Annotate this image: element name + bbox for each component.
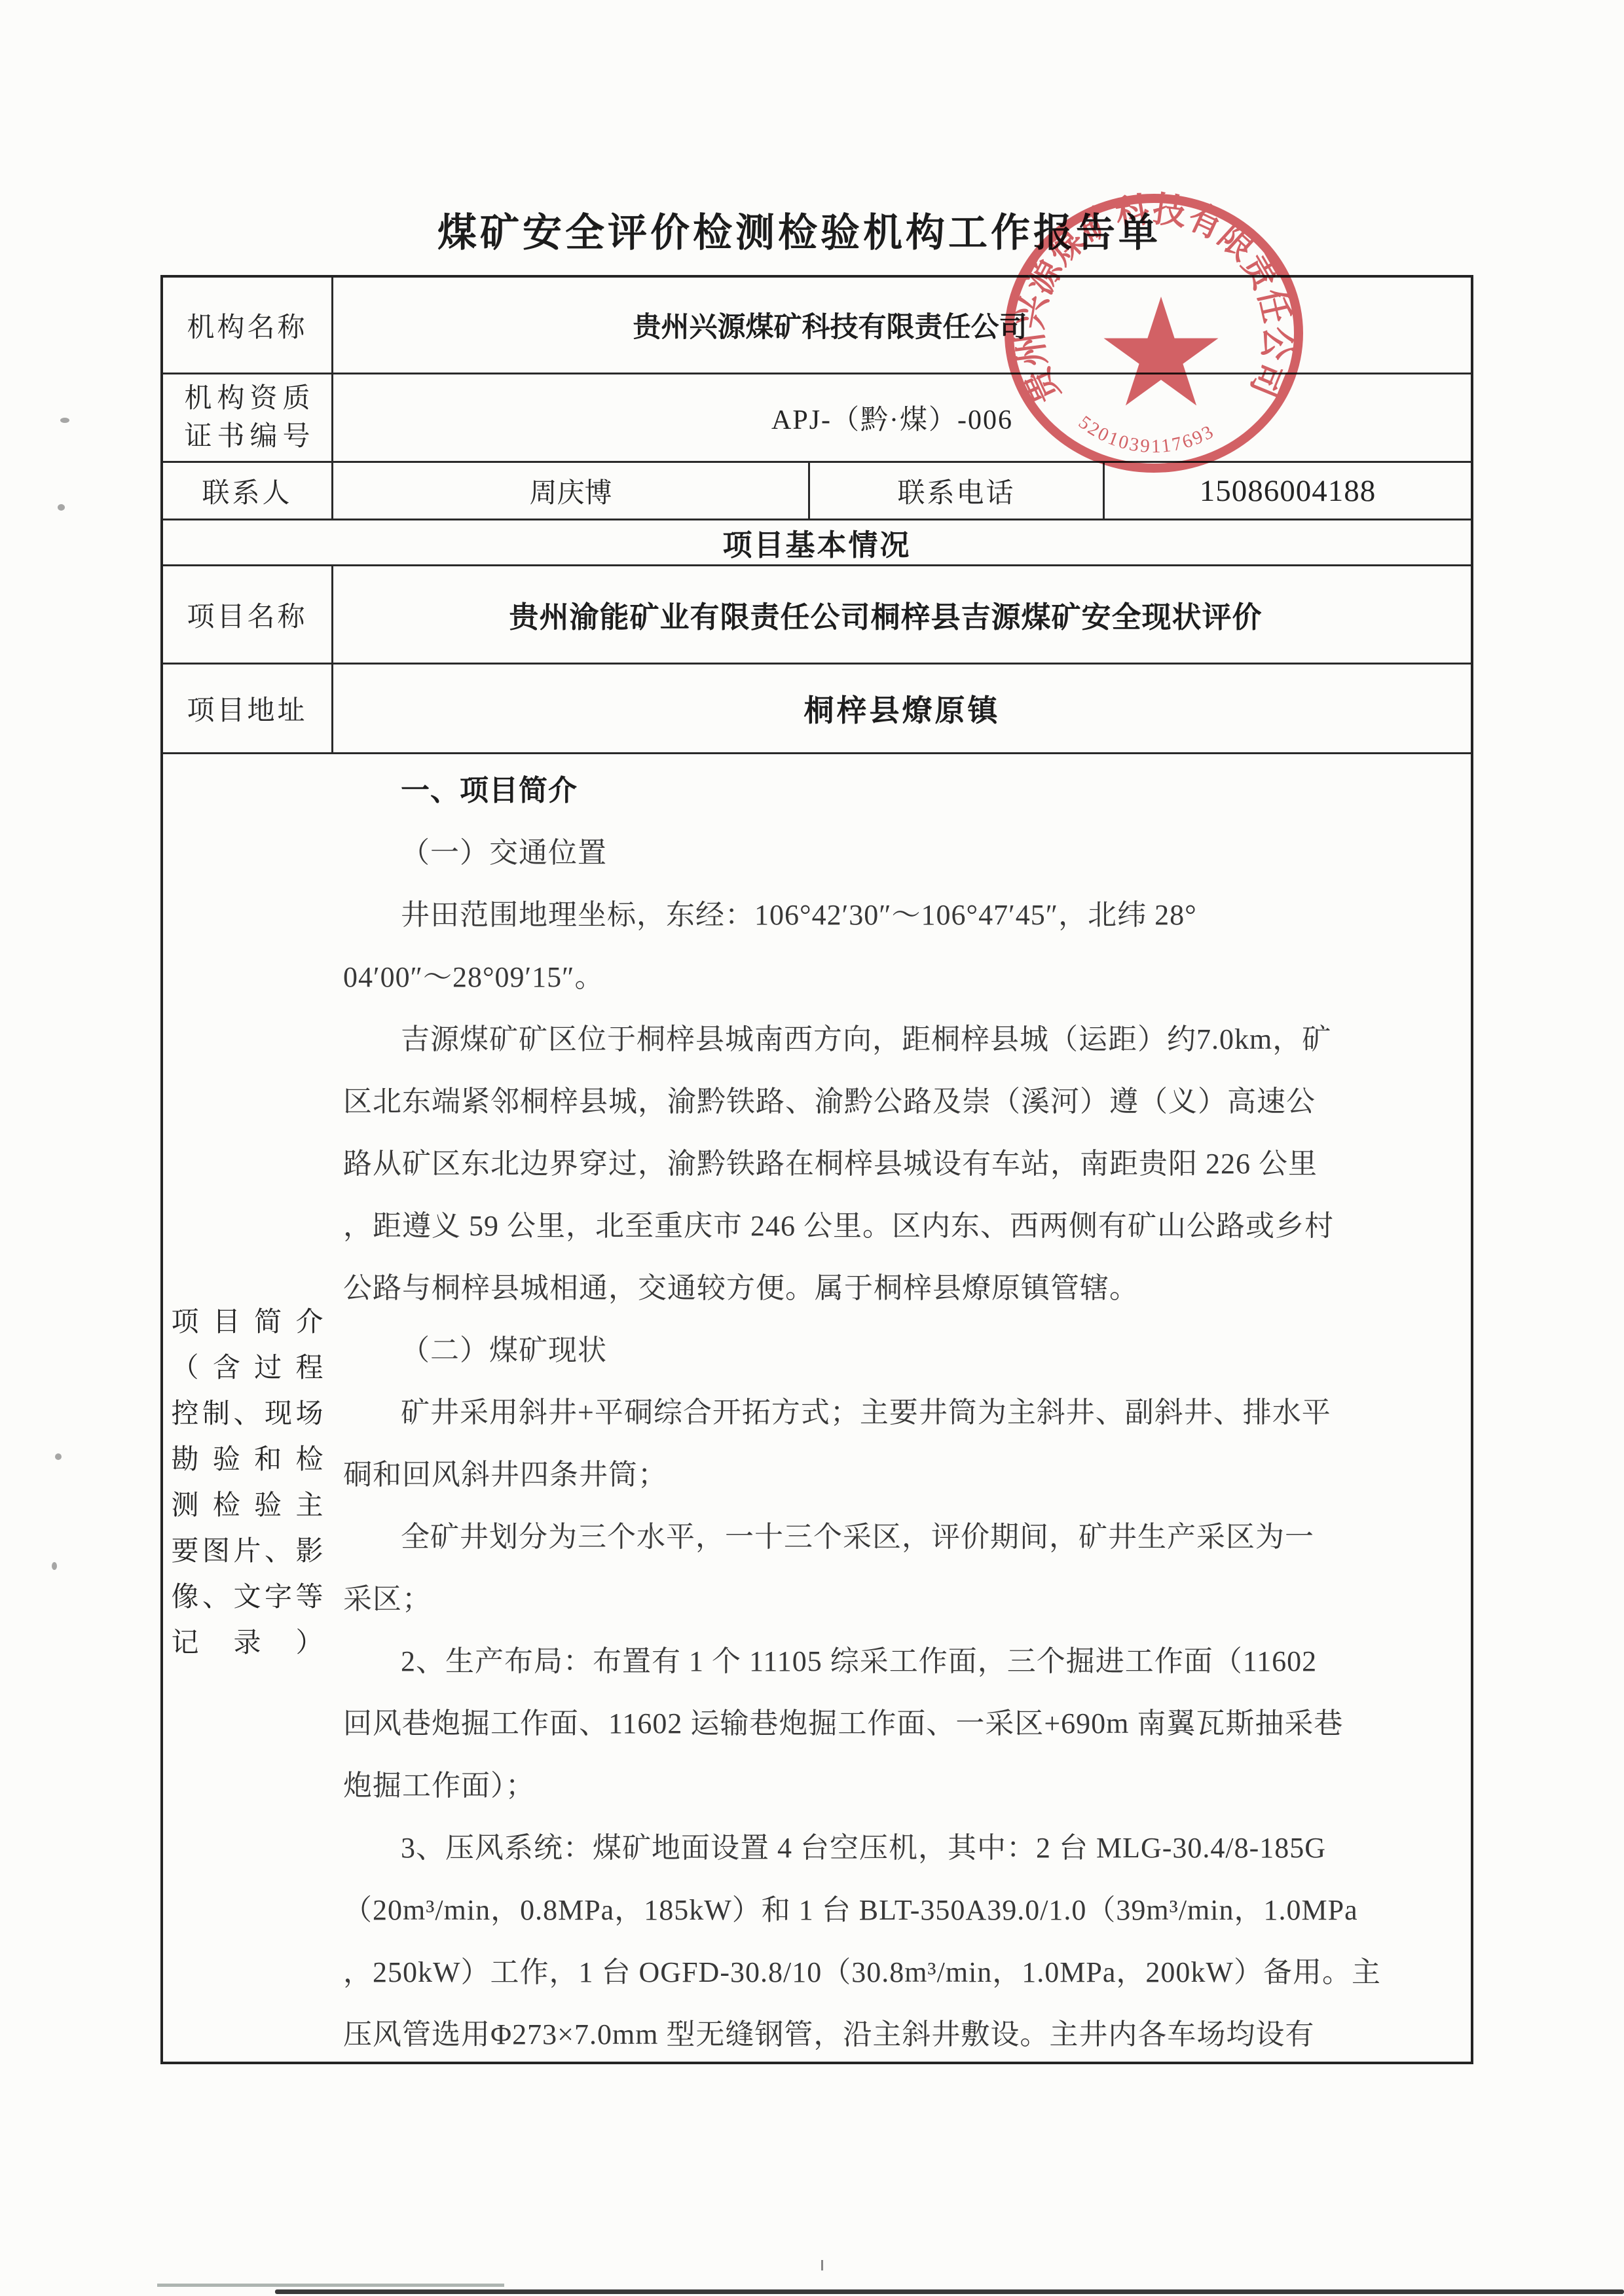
scan-edge-artifact bbox=[157, 2284, 504, 2287]
org-name-label: 机构名称 bbox=[163, 278, 331, 373]
contact-label: 联系人 bbox=[163, 463, 331, 519]
intro-line: 3、压风系统：煤矿地面设置 4 台空压机，其中：2 台 MLG-30.4/8-1… bbox=[343, 1817, 1462, 1879]
scan-speck bbox=[55, 1453, 62, 1460]
project-name-label: 项目名称 bbox=[163, 566, 331, 663]
project-address-label: 项目地址 bbox=[163, 665, 331, 752]
intro-line: ，距遵义 59 公里，北至重庆市 246 公里。区内东、西两侧有矿山公路或乡村 bbox=[343, 1195, 1462, 1257]
project-intro-body: 一、项目简介 （一）交通位置 井田范围地理坐标，东经：106°42′30″～10… bbox=[331, 754, 1471, 2067]
intro-line: 04′00″～28°09′15″。 bbox=[343, 946, 1462, 1008]
cert-no-label-line1: 机构资质 bbox=[185, 380, 310, 418]
scan-speck bbox=[60, 418, 69, 423]
intro-line: 炮掘工作面）； bbox=[343, 1755, 1462, 1817]
intro-line: 压风管选用Φ273×7.0mm 型无缝钢管，沿主斜井敷设。主井内各车场均设有 bbox=[343, 2003, 1462, 2066]
scan-speck bbox=[52, 1562, 57, 1570]
project-address-value: 桐梓县燎原镇 bbox=[331, 665, 1471, 752]
table-row-project-address: 项目地址 桐梓县燎原镇 bbox=[163, 663, 1471, 752]
cert-no-label-line2: 证书编号 bbox=[185, 418, 310, 456]
intro-line: （二）煤矿现状 bbox=[343, 1319, 1462, 1381]
intro-line: 采区； bbox=[343, 1568, 1462, 1630]
intro-line: （一）交通位置 bbox=[343, 822, 1462, 884]
table-row-section-header: 项目基本情况 bbox=[163, 519, 1471, 564]
intro-line: 路从矿区东北边界穿过，渝黔铁路在桐梓县城设有车站，南距贵阳 226 公里 bbox=[343, 1133, 1462, 1195]
report-table: 机构名称 贵州兴源煤矿科技有限责任公司 机构资质 证书编号 APJ-（黔·煤）-… bbox=[160, 275, 1473, 2064]
intro-line: 区北东端紧邻桐梓县城，渝黔铁路、渝黔公路及崇（溪河）遵（义）高速公 bbox=[343, 1070, 1462, 1133]
project-name-value: 贵州渝能矿业有限责任公司桐梓县吉源煤矿安全现状评价 bbox=[331, 566, 1471, 663]
cert-no-label: 机构资质 证书编号 bbox=[163, 374, 331, 461]
section-header: 项目基本情况 bbox=[163, 520, 1471, 564]
table-row-project-name: 项目名称 贵州渝能矿业有限责任公司桐梓县吉源煤矿安全现状评价 bbox=[163, 564, 1471, 663]
seal-graphics: 贵州兴源煤矿科技有限责任公司 5201039117693 bbox=[1009, 189, 1299, 468]
company-seal-stamp: 贵州兴源煤矿科技有限责任公司 5201039117693 bbox=[982, 164, 1336, 517]
scan-speck bbox=[58, 504, 65, 511]
contact-value: 周庆博 bbox=[331, 463, 808, 519]
intro-line: 井田范围地理坐标，东经：106°42′30″～106°47′45″，北纬 28° bbox=[343, 884, 1462, 946]
intro-line: 一、项目简介 bbox=[343, 759, 1462, 822]
scanned-report-page: 煤矿安全评价检测检验机构工作报告单 机构名称 贵州兴源煤矿科技有限责任公司 机构… bbox=[0, 0, 1624, 2296]
intro-line: 公路与桐梓县城相通，交通较方便。属于桐梓县燎原镇管辖。 bbox=[343, 1257, 1462, 1319]
project-intro-label: 项目简介 （含过程 控制、现场 勘验和检 测检验主 要图片、影 像、文字等 记录… bbox=[163, 754, 331, 2067]
intro-line: 吉源煤矿矿区位于桐梓县城南西方向，距桐梓县城（运距）约7.0km，矿 bbox=[343, 1008, 1462, 1070]
intro-line: 2、生产布局：布置有 1 个 11105 综采工作面，三个掘进工作面（11602 bbox=[343, 1630, 1462, 1692]
seal-star-icon bbox=[1104, 297, 1219, 405]
scan-edge-artifact bbox=[821, 2260, 823, 2270]
intro-line: ，250kW）工作，1 台 OGFD-30.8/10（30.8m³/min，1.… bbox=[343, 1941, 1462, 2003]
intro-line: 矿井采用斜井+平硐综合开拓方式；主要井筒为主斜井、副斜井、排水平 bbox=[343, 1381, 1462, 1444]
intro-line: （20m³/min，0.8MPa，185kW）和 1 台 BLT-350A39.… bbox=[343, 1879, 1462, 1941]
scan-edge-artifact bbox=[275, 2289, 1624, 2294]
intro-line: 硐和回风斜井四条井筒； bbox=[343, 1444, 1462, 1506]
intro-line: 全矿井划分为三个水平，一十三个采区，评价期间，矿井生产采区为一 bbox=[343, 1506, 1462, 1568]
table-row-project-intro: 项目简介 （含过程 控制、现场 勘验和检 测检验主 要图片、影 像、文字等 记录… bbox=[163, 752, 1471, 2067]
intro-line: 回风巷炮掘工作面、11602 运输巷炮掘工作面、一采区+690m 南翼瓦斯抽采巷 bbox=[343, 1692, 1462, 1755]
